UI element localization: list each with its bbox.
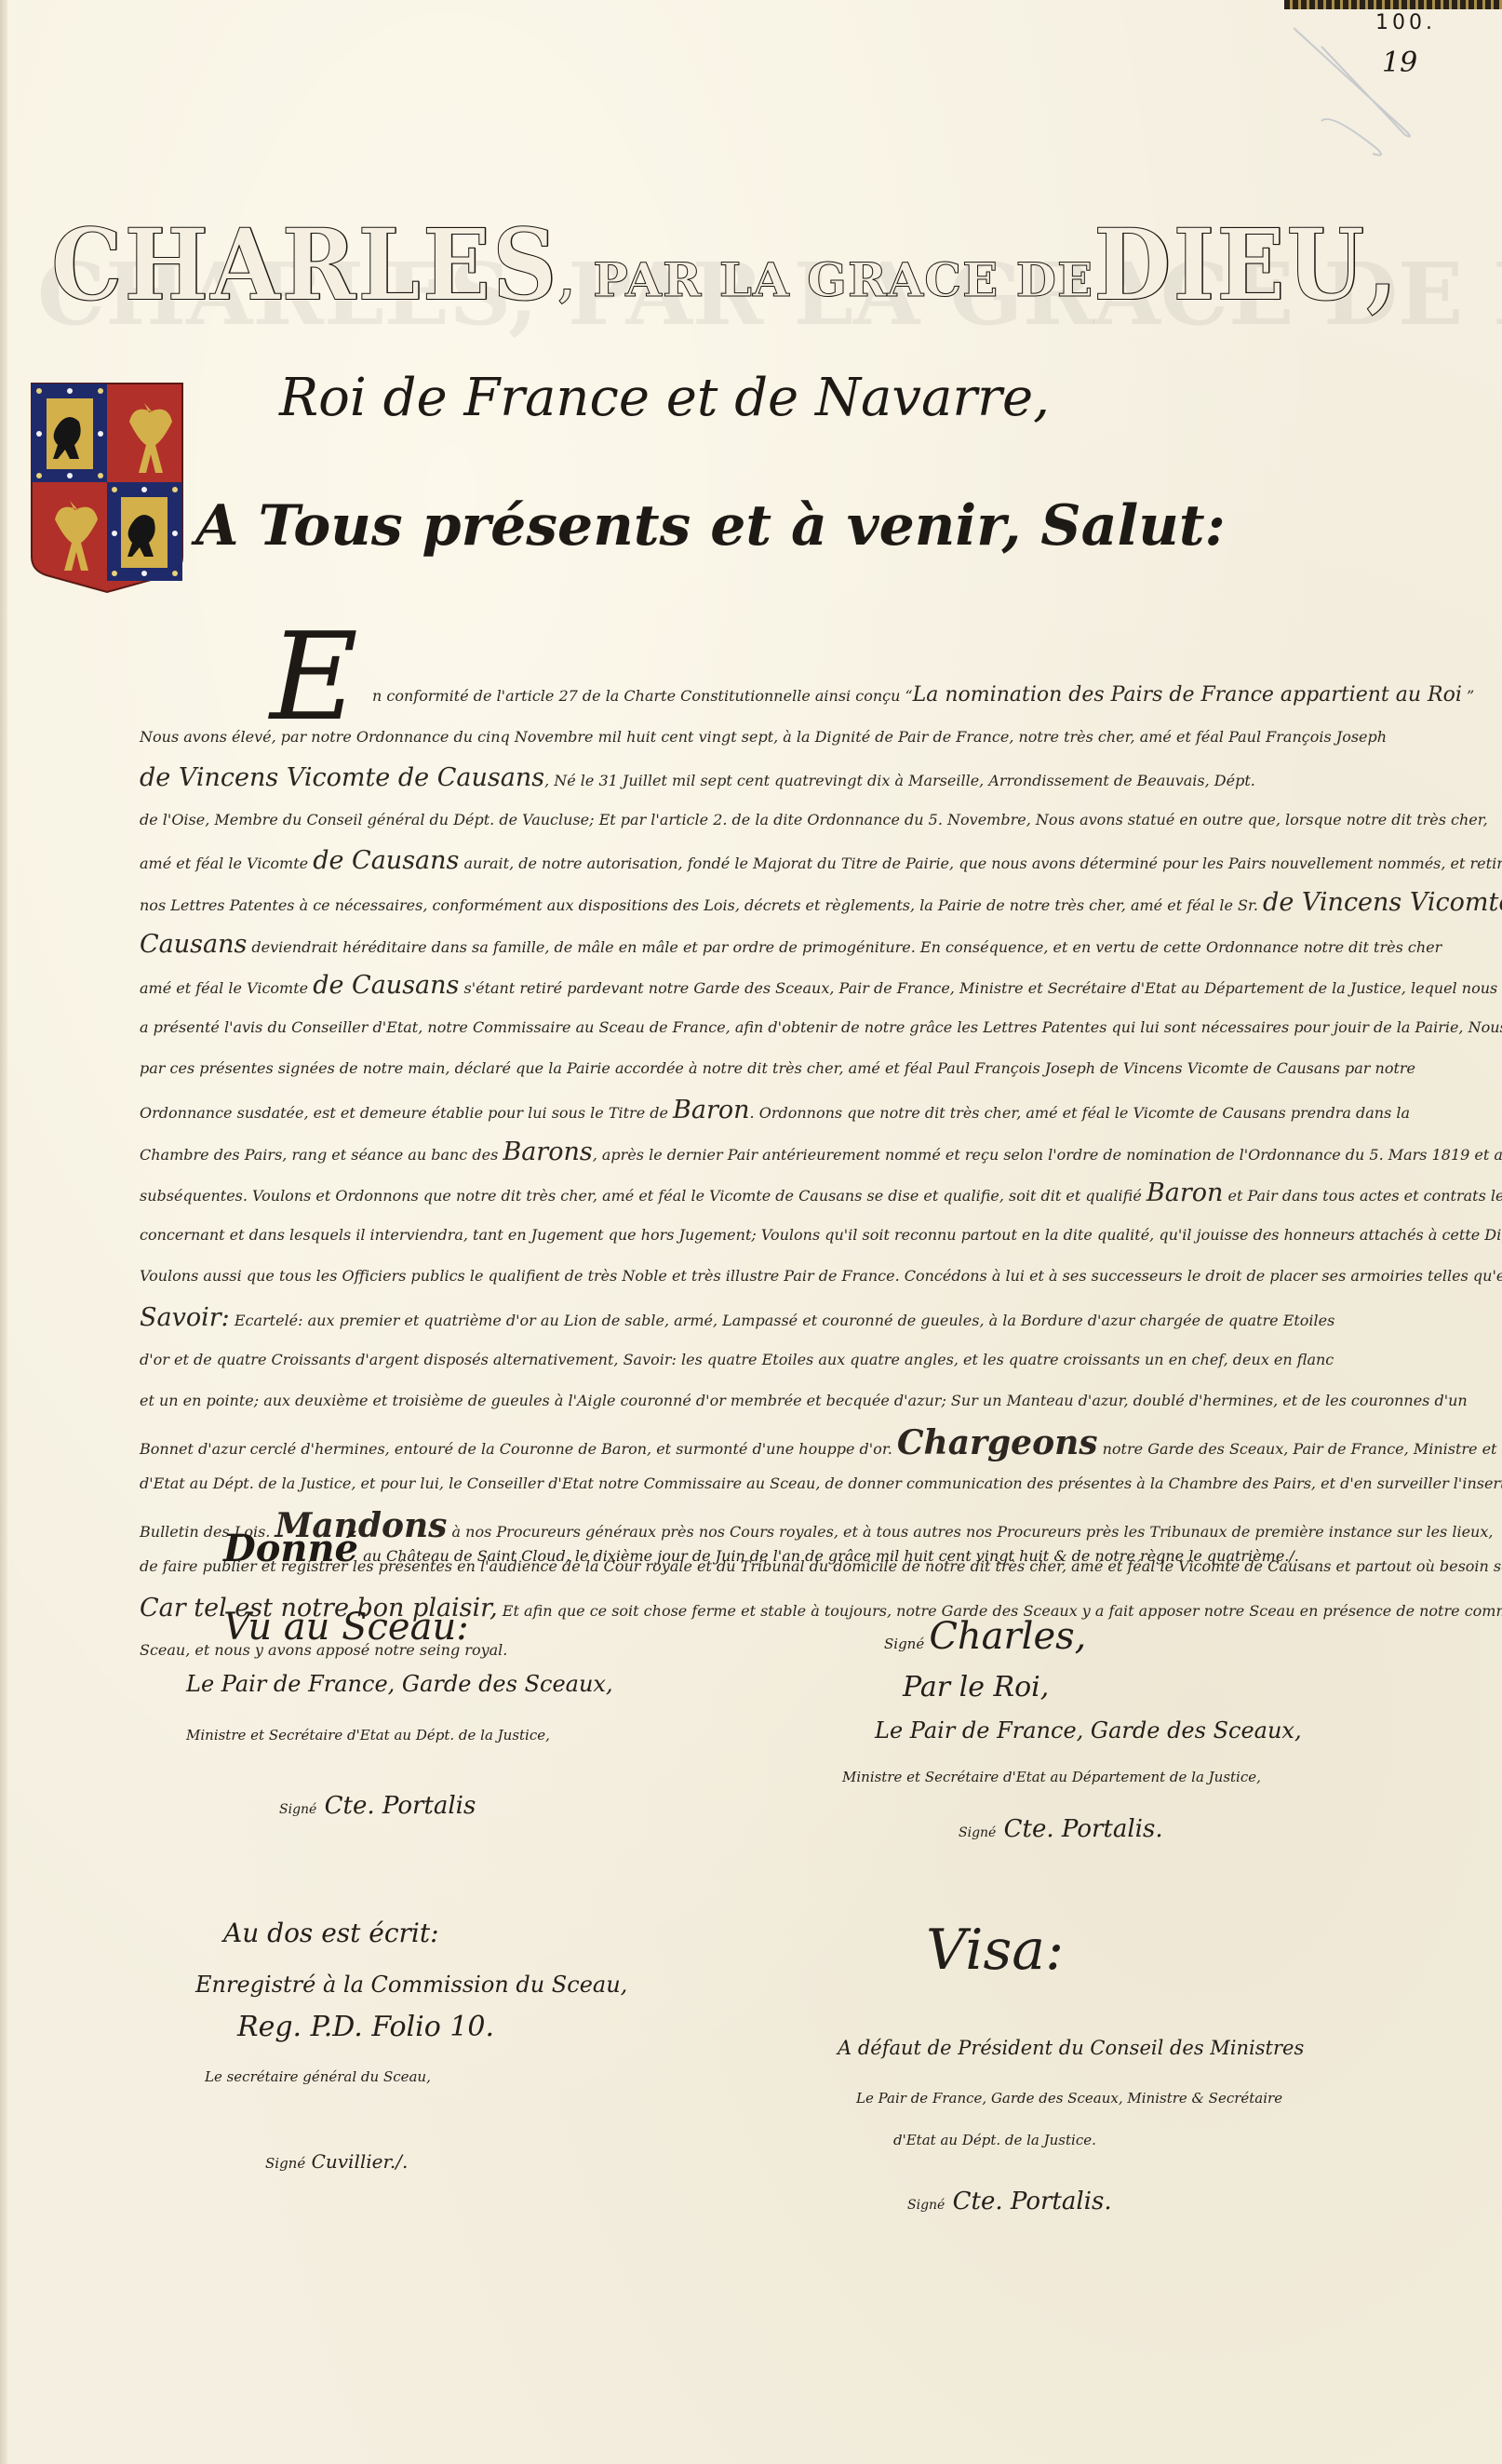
visa-line1: A défaut de Président du Conseil des Min… <box>838 2037 1304 2059</box>
verso-signature: Signé Cuvillier./. <box>265 2150 408 2173</box>
body-line: Chambre des Pairs, rang et séance au ban… <box>140 1138 1331 1180</box>
body-line: d'or et de quatre Croissants d'argent di… <box>140 1346 1331 1388</box>
visa-line3: d'Etat au Dépt. de la Justice. <box>893 2132 1096 2148</box>
page-edge <box>0 0 7 2464</box>
donne-text: au Château de Saint Cloud, le dixième jo… <box>358 1547 1299 1565</box>
title-charles: CHARLES <box>51 207 558 322</box>
register-ref: Reg. P.D. Folio 10. <box>237 2011 494 2043</box>
par-le-roi: Par le Roi, <box>903 1671 1049 1703</box>
donne-cap: Donné <box>223 1527 358 1570</box>
dating-clause: Donné au Château de Saint Cloud, le dixi… <box>223 1527 1299 1570</box>
visa-line2: Le Pair de France, Garde des Sceaux, Min… <box>856 2090 1282 2107</box>
body-line: n conformité de l'article 27 de la Chart… <box>140 681 1331 723</box>
body-line: subséquentes. Voulons et Ordonnons que n… <box>140 1179 1331 1221</box>
verso-line1: Enregistré à la Commission du Sceau, <box>195 1972 627 1998</box>
binding-border <box>1284 0 1502 9</box>
seal-signature: Signé Cte. Portalis <box>279 1792 476 1820</box>
title-comma: , <box>1366 207 1399 322</box>
body-line: Savoir: Ecartelé: aux premier et quatriè… <box>140 1304 1331 1346</box>
body-line: par ces présentes signées de notre main,… <box>140 1055 1331 1097</box>
seal-heading: Vu au Sceau: <box>223 1606 469 1649</box>
body-line: et un en pointe; aux deuxième et troisiè… <box>140 1387 1331 1429</box>
title-dieu: DIEU <box>1093 207 1366 322</box>
seal-line1: Le Pair de France, Garde des Sceaux, <box>186 1671 613 1697</box>
verso-line2: Le secrétaire général du Sceau, <box>205 2068 431 2085</box>
salutation: A Tous présents et à venir, Salut: <box>195 493 1226 559</box>
body-line: amé et féal le Vicomte de Causans aurait… <box>140 847 1331 889</box>
body-line: nos Lettres Patentes à ce nécessaires, c… <box>140 889 1331 931</box>
king-signature: Signé Charles, <box>884 1615 1086 1658</box>
body-line: Causans deviendrait héréditaire dans sa … <box>140 931 1331 973</box>
king-countersign: Signé Cte. Portalis. <box>959 1815 1163 1843</box>
verso-heading: Au dos est écrit: <box>223 1918 439 1948</box>
body-line: Ordonnance susdatée, est et demeure étab… <box>140 1097 1331 1138</box>
seal-line2: Ministre et Secrétaire d'Etat au Dépt. d… <box>186 1727 550 1744</box>
subtitle: Roi de France et de Navarre, <box>279 368 1050 428</box>
visa-heading: Visa: <box>926 1918 1064 1983</box>
coat-of-arms-icon <box>28 380 186 596</box>
page-title: CHARLES, PAR LA GRACE DE DIEU, <box>51 212 1401 317</box>
king-line2: Ministre et Secrétaire d'Etat au Départe… <box>842 1769 1261 1785</box>
body-line: de l'Oise, Membre du Conseil général du … <box>140 806 1331 848</box>
pencil-scribble-icon <box>1294 9 1480 195</box>
body-line: concernant et dans lesquels il intervien… <box>140 1221 1331 1263</box>
body-line: a présenté l'avis du Conseiller d'Etat, … <box>140 1014 1331 1056</box>
body-line: amé et féal le Vicomte de Causans s'étan… <box>140 972 1331 1014</box>
seal-visa-block: Vu au Sceau: <box>223 1606 469 1649</box>
title-middle: , PAR LA GRACE DE <box>558 252 1093 307</box>
body-line: Bonnet d'azur cerclé d'hermines, entouré… <box>140 1429 1331 1471</box>
body-line: de Vincens Vicomte de Causans, Né le 31 … <box>140 764 1331 806</box>
king-line1: Le Pair de France, Garde des Sceaux, <box>875 1717 1302 1744</box>
body-line: Nous avons élevé, par notre Ordonnance d… <box>140 723 1331 765</box>
body-line: Voulons aussi que tous les Officiers pub… <box>140 1262 1331 1304</box>
visa-signature: Signé Cte. Portalis. <box>907 2188 1112 2215</box>
